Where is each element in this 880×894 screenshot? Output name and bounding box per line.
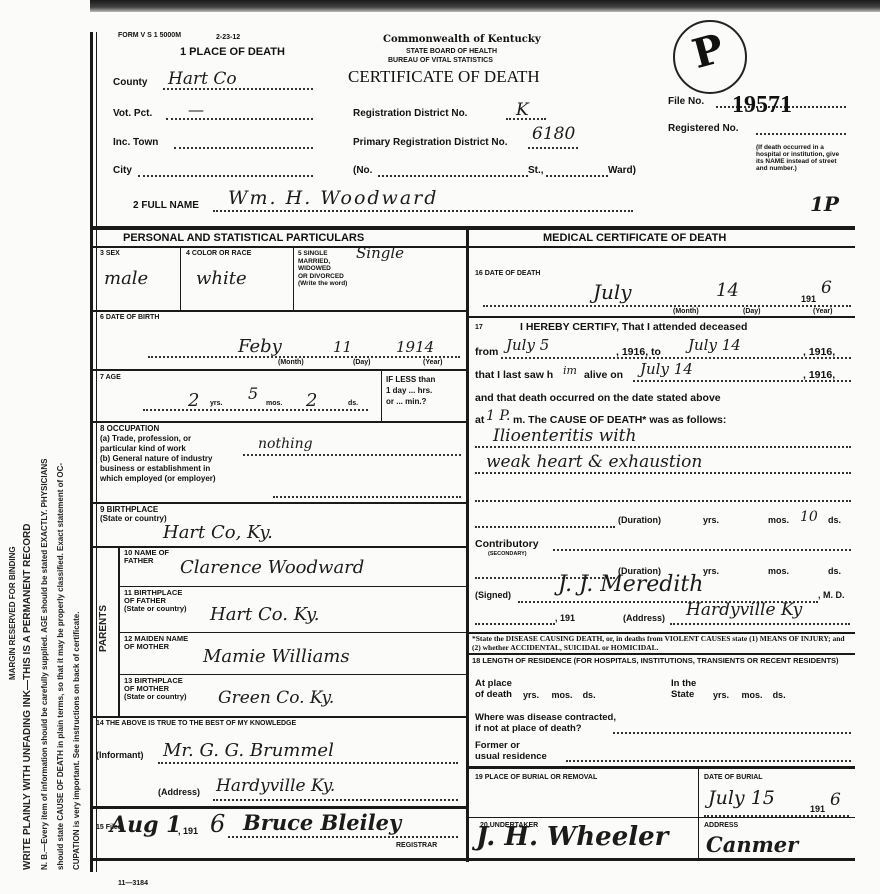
vot-pct-label: Vot. Pct. [113, 108, 152, 119]
margin-note-line3: CUPATION is very important. See instruct… [72, 612, 81, 870]
father-name-label: 10 NAME OF FATHER [124, 549, 169, 565]
medical-heading: MEDICAL CERTIFICATE OF DEATH [543, 232, 726, 244]
personal-heading: PERSONAL AND STATISTICAL PARTICULARS [123, 232, 364, 244]
undertaker-signature[interactable]: J. H. Wheeler [476, 822, 668, 852]
age-days[interactable]: 2 [306, 390, 317, 411]
margin-write-plainly: WRITE PLAINLY WITH UNFADING INK—THIS IS … [22, 524, 33, 871]
alive-on-label: alive on [584, 369, 623, 381]
place-of-death-heading: 1 PLACE OF DEATH [180, 46, 285, 58]
birthplace-value[interactable]: Hart Co, Ky. [163, 522, 273, 543]
marital-label: 5 SINGLE MARRIED, WIDOWED OR DIVORCED (W… [298, 250, 347, 288]
burial-place-label: 19 PLACE OF BURIAL OR REMOVAL [475, 774, 597, 781]
at-label: at [475, 414, 484, 426]
cause-line-2[interactable]: weak heart & exhaustion [486, 452, 702, 472]
if-less-label: IF LESS than 1 day ... hrs. or ... min.? [386, 374, 435, 407]
left-margin-instructions: MARGIN RESERVED FOR BINDING WRITE PLAINL… [0, 40, 88, 860]
physician-address[interactable]: Hardyville Ky [686, 600, 802, 620]
dob-label: 6 DATE OF BIRTH [100, 314, 159, 321]
duration-mos-2: mos. [768, 566, 789, 576]
former-residence-label: Former or usual residence [475, 740, 547, 762]
violent-causes-footnote: *State the DISEASE CAUSING DEATH, or, in… [472, 634, 854, 652]
dod-year-caption: (Year) [813, 308, 832, 315]
marital-value[interactable]: Single [356, 244, 404, 262]
occupation-value[interactable]: nothing [258, 436, 313, 452]
duration-days[interactable]: 10 [800, 509, 818, 525]
margin-binding-note: MARGIN RESERVED FOR BINDING [8, 546, 17, 680]
ds-label: ds. [348, 400, 358, 407]
father-name-value[interactable]: Clarence Woodward [180, 557, 364, 578]
age-months[interactable]: 5 [248, 384, 258, 403]
occupation-label: 8 OCCUPATION (a) Trade, profession, or p… [100, 424, 216, 484]
mos-label: mos. [266, 400, 282, 407]
duration-yrs: yrs. [703, 515, 719, 525]
registrar-label: REGISTRAR [396, 842, 437, 849]
mother-birthplace-value[interactable]: Green Co. Ky. [218, 688, 334, 708]
full-name-label: 2 FULL NAME [133, 200, 199, 211]
yrs-label: yrs. [210, 400, 222, 407]
father-birthplace-label: 11 BIRTHPLACE OF FATHER (State or countr… [124, 589, 187, 613]
time-of-death[interactable]: 1 P. [486, 408, 510, 424]
registration-district-value[interactable]: K [516, 100, 529, 120]
mother-name-value[interactable]: Mamie Williams [203, 646, 350, 667]
undertaker-address[interactable]: Canmer [706, 832, 798, 857]
dod-day-caption: (Day) [743, 308, 761, 315]
burial-date-label: DATE OF BURIAL [704, 774, 763, 781]
inc-town-label: Inc. Town [113, 137, 158, 148]
informant-value[interactable]: Mr. G. G. Brummel [163, 740, 334, 761]
burial-year[interactable]: 6 [830, 790, 841, 810]
last-saw-label: that I last saw h [475, 369, 553, 381]
color-label: 4 COLOR OR RACE [186, 250, 251, 257]
contracted-label: Where was disease contracted, if not at … [475, 712, 616, 734]
hospital-note: (If death occurred in a hospital or inst… [756, 144, 848, 172]
duration-ds: ds. [828, 515, 841, 525]
filed-year[interactable]: 6 [210, 810, 225, 838]
dod-month-caption: (Month) [673, 308, 699, 315]
year-caption: (Year) [423, 359, 442, 366]
last-saw-him[interactable]: im [563, 364, 577, 377]
sex-value[interactable]: male [104, 268, 148, 289]
dod-month[interactable]: July [593, 280, 632, 304]
age-label: 7 AGE [100, 374, 121, 381]
form-date: 2-23-12 [216, 34, 240, 41]
mother-birthplace-label: 13 BIRTHPLACE OF MOTHER (State or countr… [124, 677, 187, 701]
file-number: 19571 [732, 92, 792, 119]
true-statement: 14 THE ABOVE IS TRUE TO THE BEST OF MY K… [96, 720, 296, 727]
duration-mos: mos. [768, 515, 789, 525]
alive-year: , 1916, [803, 369, 835, 381]
alive-on-value[interactable]: July 14 [640, 360, 693, 378]
registration-district-label: Registration District No. [353, 108, 467, 119]
burial-year-prefix: 191 [810, 804, 825, 814]
dod-year[interactable]: 6 [821, 278, 832, 298]
attended-from[interactable]: July 5 [506, 336, 549, 354]
at-place-units: yrs. mos. ds. [523, 690, 596, 700]
certify-text: I HEREBY CERTIFY, That I attended deceas… [520, 321, 747, 333]
parents-label: PARENTS [98, 605, 109, 652]
county-label: County [113, 77, 147, 88]
in-state-label: In the State [671, 678, 696, 700]
initials-mark: 1P [810, 192, 839, 216]
margin-note-line1: N. B.—Every item of information should b… [40, 459, 49, 870]
ward-label: Ward) [608, 165, 636, 176]
form-code: FORM V S 1 5000M [118, 32, 181, 39]
age-years[interactable]: 2 [188, 390, 199, 411]
primary-registration-value[interactable]: 6180 [532, 124, 575, 144]
duration-ds-2: ds. [828, 566, 841, 576]
informant-address[interactable]: Hardyville Ky. [216, 776, 335, 796]
item-17: 17 [475, 324, 483, 331]
from-label: from [475, 346, 498, 358]
no-label: (No. [353, 165, 372, 176]
attended-to[interactable]: July 14 [688, 336, 741, 354]
dob-month[interactable]: Feby [238, 336, 282, 357]
signed-date-191: , 191 [555, 613, 575, 623]
duration-label: (Duration) [618, 515, 661, 525]
st-label: St., [528, 165, 544, 176]
father-birthplace-value[interactable]: Hart Co. Ky. [210, 604, 320, 625]
bureau: BUREAU OF VITAL STATISTICS [388, 57, 493, 64]
contributory-label: Contributory [475, 538, 539, 550]
city-label: City [113, 165, 132, 176]
mother-name-label: 12 MAIDEN NAME OF MOTHER [124, 635, 188, 651]
md-label: , M. D. [818, 590, 845, 600]
duration-yrs-2: yrs. [703, 566, 719, 576]
vot-pct-value[interactable]: — [188, 100, 204, 119]
dod-label: 16 DATE OF DEATH [475, 270, 540, 277]
from-year: , 1916, to [616, 346, 661, 358]
signed-label: (Signed) [475, 590, 511, 600]
dob-day[interactable]: 11 [333, 338, 352, 356]
to-year: , 1916, [803, 346, 835, 358]
undertaker-address-label: ADDRESS [704, 822, 738, 829]
physician-signature[interactable]: J. J. Meredith [558, 572, 703, 597]
scan-top-edge [90, 0, 880, 12]
footer-code: 11—3184 [118, 880, 148, 887]
registrar-signature[interactable]: Bruce Bleiley [243, 810, 401, 835]
registered-no-label: Registered No. [668, 123, 739, 134]
dod-year-prefix: 191 [801, 294, 816, 304]
cause-line-1[interactable]: Ilioenteritis with [493, 426, 636, 446]
cause-label: m. The CAUSE OF DEATH* was as follows: [513, 414, 726, 426]
death-certificate: FORM V S 1 5000M 2-23-12 1 PLACE OF DEAT… [88, 12, 880, 894]
margin-note-line2: should state CAUSE OF DEATH in plain ter… [56, 463, 65, 870]
at-place-label: At place of death [475, 678, 512, 700]
filed-year-prefix: , 191 [178, 826, 198, 836]
secondary-label: (SECONDARY) [488, 551, 527, 557]
full-name-value[interactable]: Wm. H. Woodward [228, 187, 438, 209]
commonwealth-title: Commonwealth of Kentucky [383, 34, 541, 45]
color-value[interactable]: white [196, 268, 247, 289]
informant-label: (Informant) [96, 750, 144, 760]
sex-label: 3 SEX [100, 250, 120, 257]
certificate-title: CERTIFICATE OF DEATH [348, 67, 540, 87]
occurred-text: and that death occurred on the date stat… [475, 392, 721, 404]
burial-date[interactable]: July 15 [708, 787, 775, 809]
in-state-units: yrs. mos. ds. [713, 690, 786, 700]
dob-year[interactable]: 1914 [396, 338, 434, 356]
address-label: (Address) [158, 787, 200, 797]
month-caption: (Month) [278, 359, 304, 366]
physician-address-label: (Address) [623, 613, 665, 623]
p-stamp: P [673, 20, 747, 94]
day-caption: (Day) [353, 359, 371, 366]
birthplace-label: 9 BIRTHPLACE (State or country) [100, 505, 167, 523]
residence-label: 18 LENGTH OF RESIDENCE (FOR HOSPITALS, I… [472, 656, 852, 665]
state-board: STATE BOARD OF HEALTH [406, 48, 497, 55]
county-value[interactable]: Hart Co [168, 69, 237, 89]
file-no-label: File No. [668, 96, 704, 107]
primary-registration-label: Primary Registration District No. [353, 137, 507, 148]
dod-day[interactable]: 14 [716, 280, 739, 301]
filed-date[interactable]: Aug 1 [110, 812, 181, 838]
